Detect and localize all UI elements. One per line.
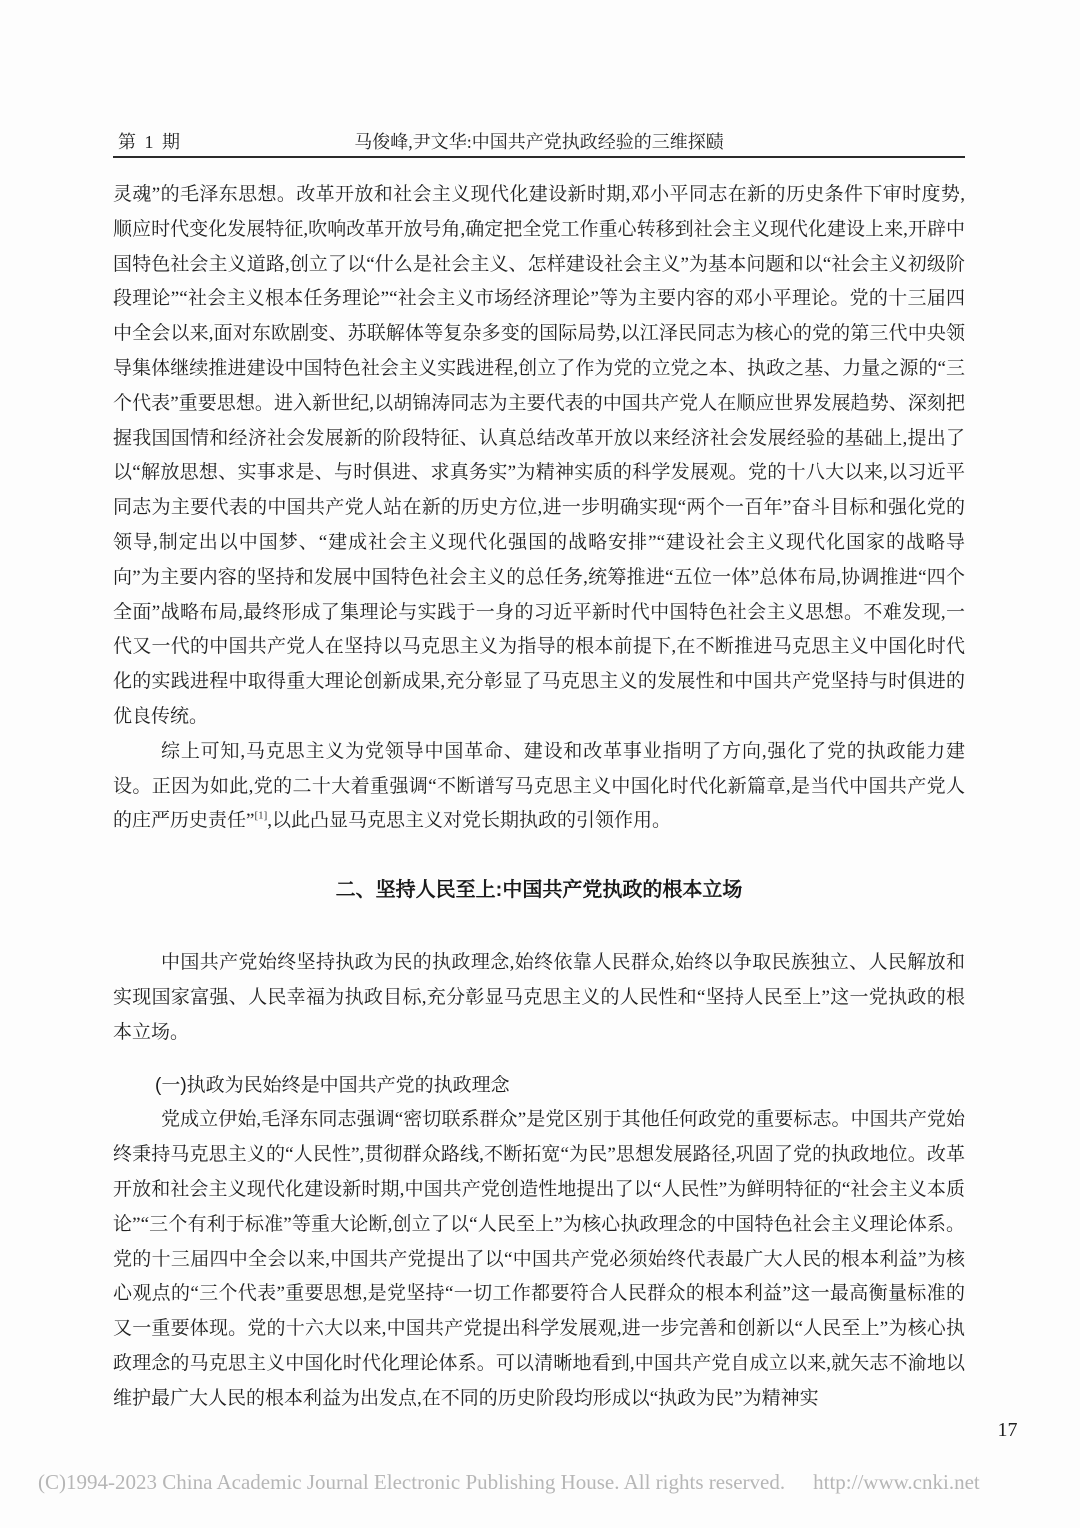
paragraph: 中国共产党始终坚持执政为民的执政理念,始终依靠人民群众,始终以争取民族独立、人民… — [113, 946, 965, 1050]
header-rule — [113, 156, 965, 158]
running-head-title: 马俊峰,尹文华:中国共产党执政经验的三维探赜 — [354, 132, 724, 152]
paragraph: 党成立伊始,毛泽东同志强调“密切联系群众”是党区别于其他任何政党的重要标志。中国… — [113, 1103, 965, 1416]
paragraph-continuation: 灵魂”的毛泽东思想。改革开放和社会主义现代化建设新时期,邓小平同志在新的历史条件… — [113, 178, 965, 735]
paragraph-text: ,以此凸显马克思主义对党长期执政的引领作用。 — [267, 810, 671, 831]
paragraph: 综上可知,马克思主义为党领导中国革命、建设和改革事业指明了方向,强化了党的执政能… — [113, 735, 965, 839]
footnote-reference: [1] — [254, 810, 267, 822]
footer-copyright: (C)1994-2023 China Academic Journal Elec… — [38, 1470, 785, 1494]
footer: (C)1994-2023 China Academic Journal Elec… — [38, 1470, 1058, 1494]
section-heading: 二、坚持人民至上:中国共产党执政的根本立场 — [113, 873, 965, 908]
subsection-heading: (一)执政为民始终是中国共产党的执政理念 — [113, 1069, 965, 1104]
footer-url: http://www.cnki.net — [813, 1470, 980, 1494]
page-number: 17 — [985, 1419, 1030, 1442]
text-column: 灵魂”的毛泽东思想。改革开放和社会主义现代化建设新时期,邓小平同志在新的历史条件… — [113, 178, 965, 1417]
journal-page: 第 1 期 马俊峰,尹文华:中国共产党执政经验的三维探赜 灵魂”的毛泽东思想。改… — [0, 0, 1080, 1528]
running-head: 第 1 期 马俊峰,尹文华:中国共产党执政经验的三维探赜 — [113, 131, 965, 153]
issue-number: 第 1 期 — [118, 131, 182, 153]
